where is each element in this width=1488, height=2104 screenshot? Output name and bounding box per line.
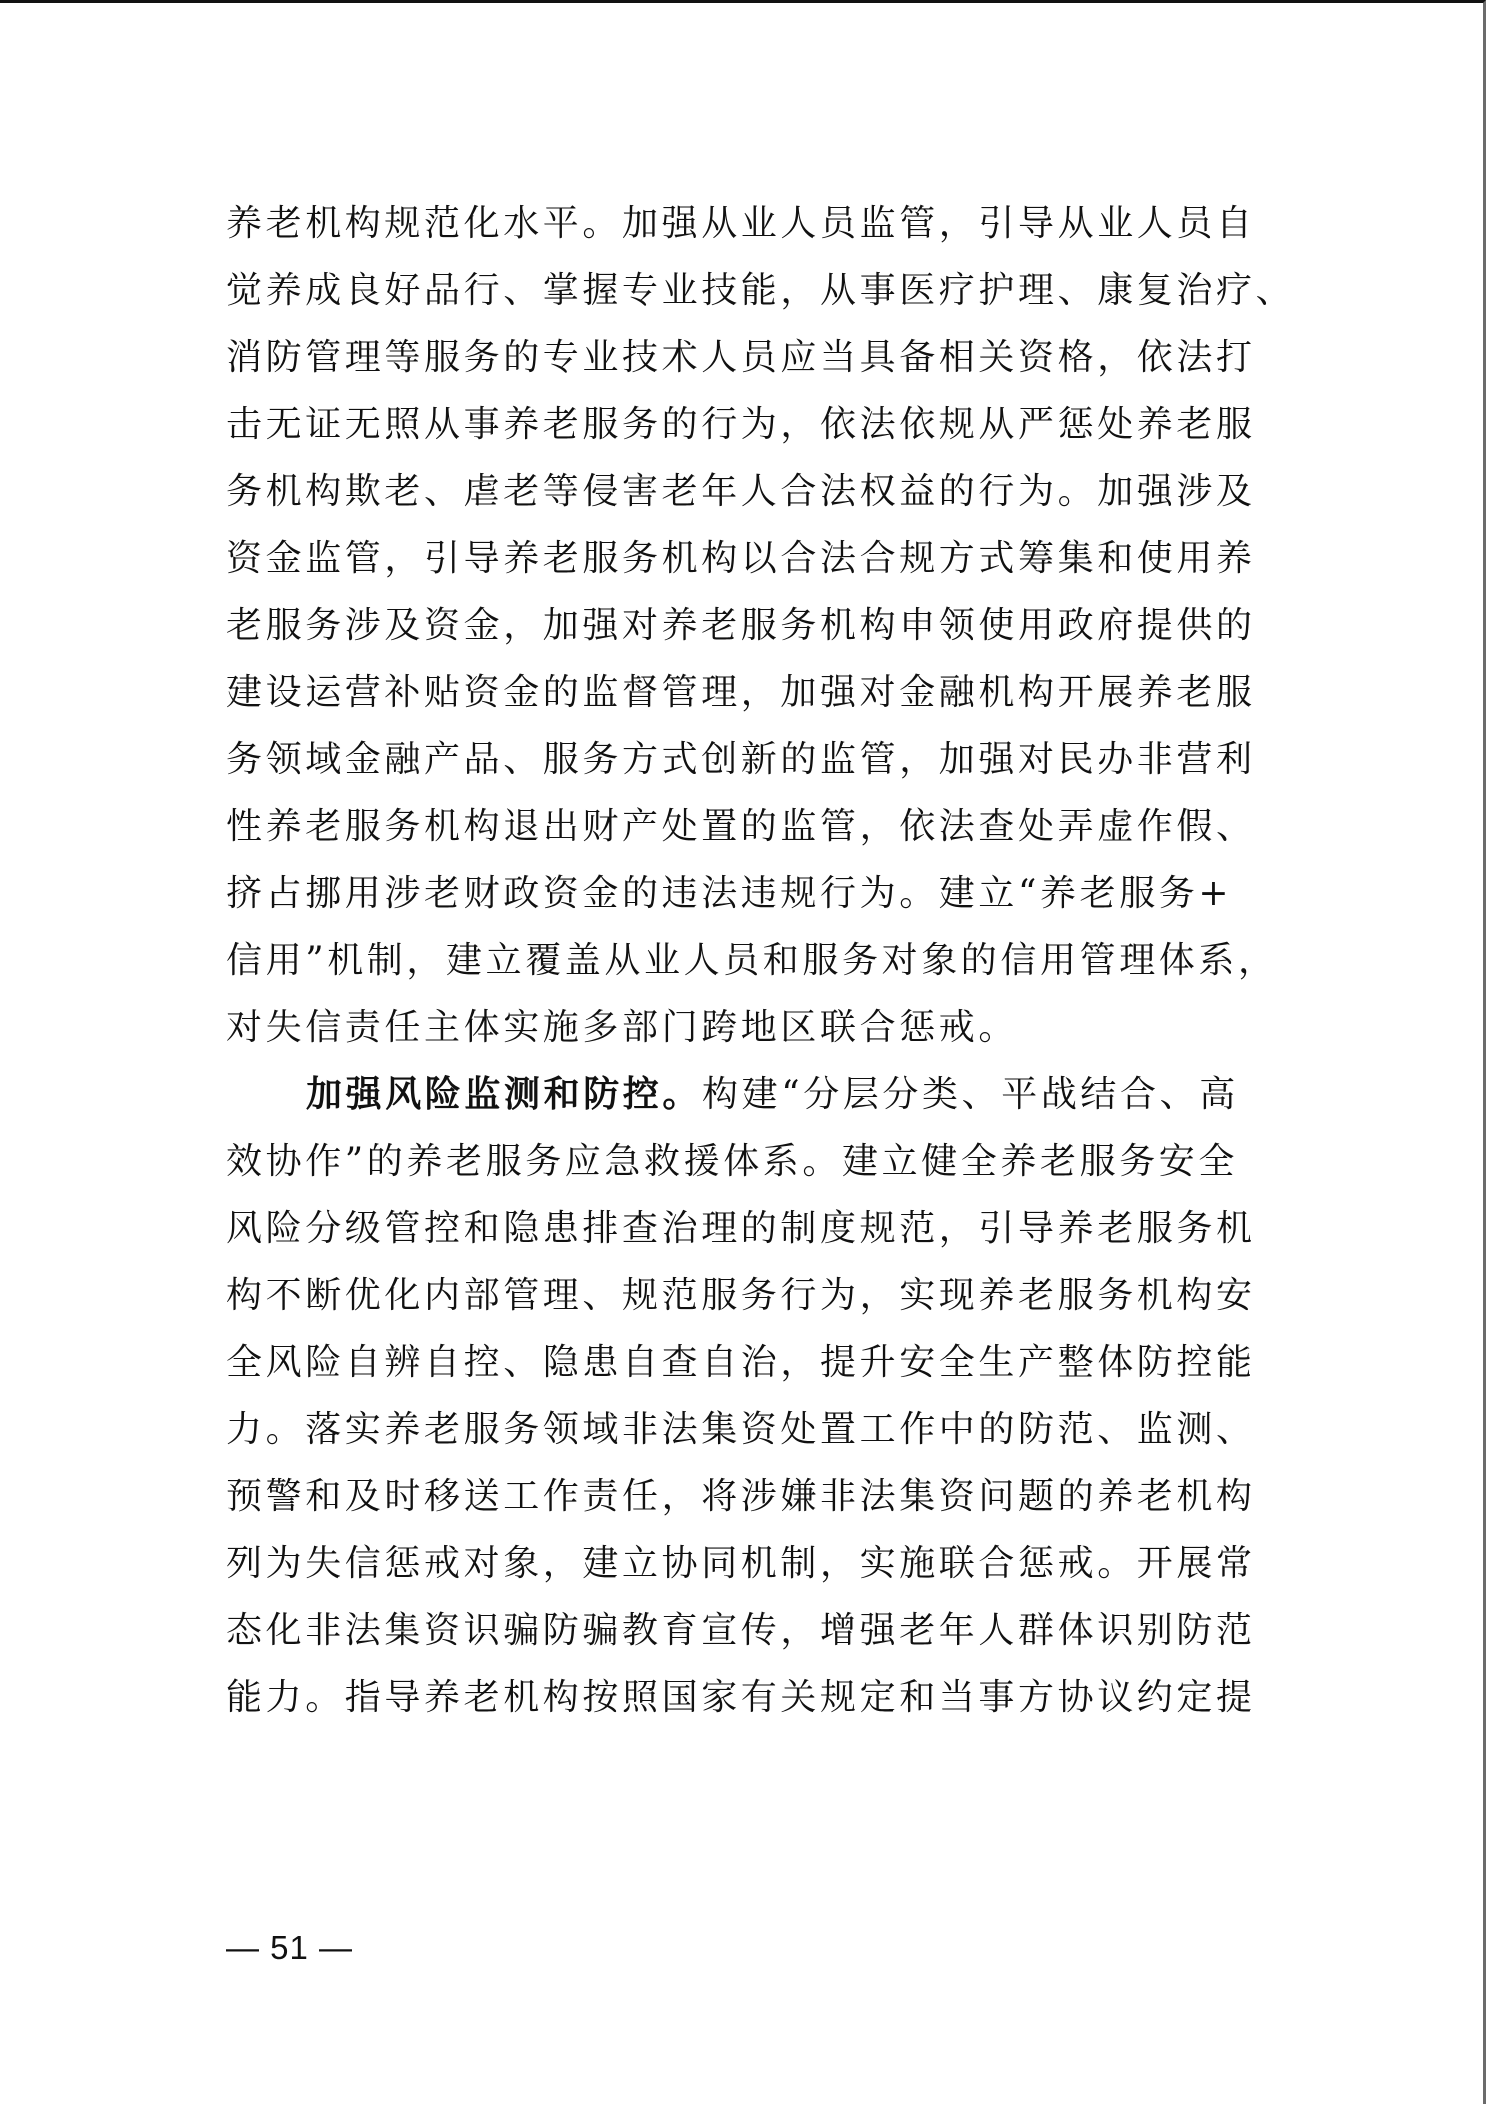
text-line: 能力。指导养老机构按照国家有关规定和当事方协议约定提 <box>226 1664 1266 1731</box>
text-line: 觉养成良好品行、掌握专业技能，从事医疗护理、康复治疗、 <box>226 257 1266 324</box>
text-line: 对失信责任主体实施多部门跨地区联合惩戒。 <box>226 994 1266 1061</box>
text-line: 建设运营补贴资金的监督管理，加强对金融机构开展养老服 <box>226 659 1266 726</box>
text-line: 性养老服务机构退出财产处置的监管，依法查处弄虚作假、 <box>226 793 1266 860</box>
text-line: 态化非法集资识骗防骗教育宣传，增强老年人群体识别防范 <box>226 1597 1266 1664</box>
body-text: 养老机构规范化水平。加强从业人员监管，引导从业人员自 觉养成良好品行、掌握专业技… <box>226 190 1266 1731</box>
text-line: 信用”机制，建立覆盖从业人员和服务对象的信用管理体系， <box>226 927 1266 994</box>
text-line: 构不断优化内部管理、规范服务行为，实现养老服务机构安 <box>226 1262 1266 1329</box>
text-line: 击无证无照从事养老服务的行为，依法依规从严惩处养老服 <box>226 391 1266 458</box>
text-line: 老服务涉及资金，加强对养老服务机构申领使用政府提供的 <box>226 592 1266 659</box>
text-line: 资金监管，引导养老服务机构以合法合规方式筹集和使用养 <box>226 525 1266 592</box>
text-line: 务机构欺老、虐老等侵害老年人合法权益的行为。加强涉及 <box>226 458 1266 525</box>
text-run: 构建“分层分类、平战结合、高 <box>702 1074 1239 1115</box>
text-line: 预警和及时移送工作责任，将涉嫌非法集资问题的养老机构 <box>226 1463 1266 1530</box>
text-line: 列为失信惩戒对象，建立协同机制，实施联合惩戒。开展常 <box>226 1530 1266 1597</box>
text-line: 务领域金融产品、服务方式创新的监管，加强对民办非营利 <box>226 726 1266 793</box>
text-line: 效协作”的养老服务应急救援体系。建立健全养老服务安全 <box>226 1128 1266 1195</box>
text-line: 全风险自辨自控、隐患自查自治，提升安全生产整体防控能 <box>226 1329 1266 1396</box>
page-number: — 51 — <box>226 1929 353 1967</box>
section-heading: 加强风险监测和防控。 <box>306 1074 702 1115</box>
text-line: 风险分级管控和隐患排查治理的制度规范，引导养老服务机 <box>226 1195 1266 1262</box>
text-line: 力。落实养老服务领域非法集资处置工作中的防范、监测、 <box>226 1396 1266 1463</box>
text-line: 养老机构规范化水平。加强从业人员监管，引导从业人员自 <box>226 190 1266 257</box>
text-line: 挤占挪用涉老财政资金的违法违规行为。建立“养老服务+ <box>226 860 1266 927</box>
paragraph-first-line: 加强风险监测和防控。构建“分层分类、平战结合、高 <box>226 1061 1266 1128</box>
text-line: 消防管理等服务的专业技术人员应当具备相关资格，依法打 <box>226 324 1266 391</box>
document-page: 养老机构规范化水平。加强从业人员监管，引导从业人员自 觉养成良好品行、掌握专业技… <box>0 0 1486 2104</box>
